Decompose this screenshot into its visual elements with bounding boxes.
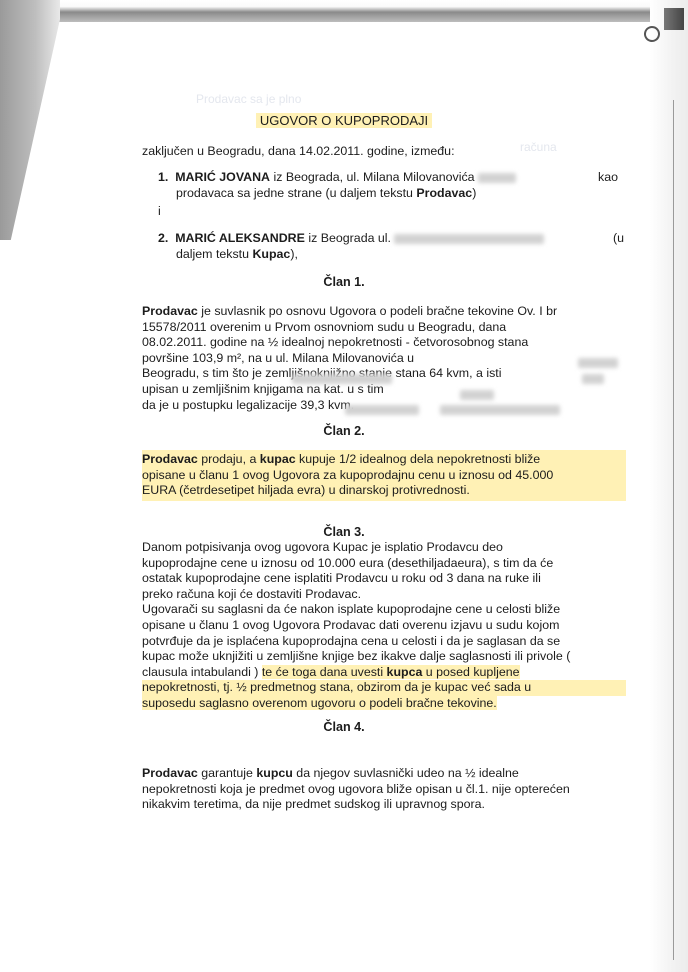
redacted-field: [460, 390, 494, 400]
party-1-line2: prodavaca sa jedne strane (u daljem teks…: [176, 185, 476, 201]
article-2-heading: Član 2.: [0, 424, 688, 438]
document-page: UGOVOR O KUPOPRODAJI zaključen u Beograd…: [0, 0, 688, 972]
article-4-heading: Član 4.: [0, 720, 688, 734]
redacted-field: [394, 234, 544, 244]
party-2-line2: daljem tekstu Kupac),: [176, 246, 298, 262]
redacted-field: [345, 405, 419, 415]
party-2-name: MARIĆ ALEKSANDRE: [175, 231, 305, 245]
party-2: 2. MARIĆ ALEKSANDRE iz Beograda ul. (u: [158, 230, 628, 246]
article-3-body: Danom potpisivanja ovog ugovora Kupac je…: [142, 540, 626, 712]
document-title: UGOVOR O KUPOPRODAJI: [0, 113, 688, 128]
article-1-heading: Član 1.: [0, 275, 688, 289]
redacted-field: [292, 374, 392, 384]
redacted-field: [582, 374, 604, 384]
conjunction: i: [158, 203, 161, 219]
article-4-body: Prodavac garantuje kupcu da njegov suvla…: [142, 766, 626, 813]
intro-line: zaključen u Beogradu, dana 14.02.2011. g…: [142, 143, 455, 159]
redacted-field: [578, 358, 618, 368]
party-1-name: MARIĆ JOVANA: [175, 170, 270, 184]
article-2-body: Prodavac prodaju, a kupac kupuje 1/2 ide…: [142, 450, 626, 501]
article-3-heading: Član 3.: [0, 525, 688, 539]
redacted-field: [478, 173, 516, 183]
party-1: 1. MARIĆ JOVANA iz Beograda, ul. Milana …: [158, 169, 628, 185]
article-1-body: Prodavac je suvlasnik po osnovu Ugovora …: [142, 304, 626, 413]
redacted-field: [440, 405, 560, 415]
